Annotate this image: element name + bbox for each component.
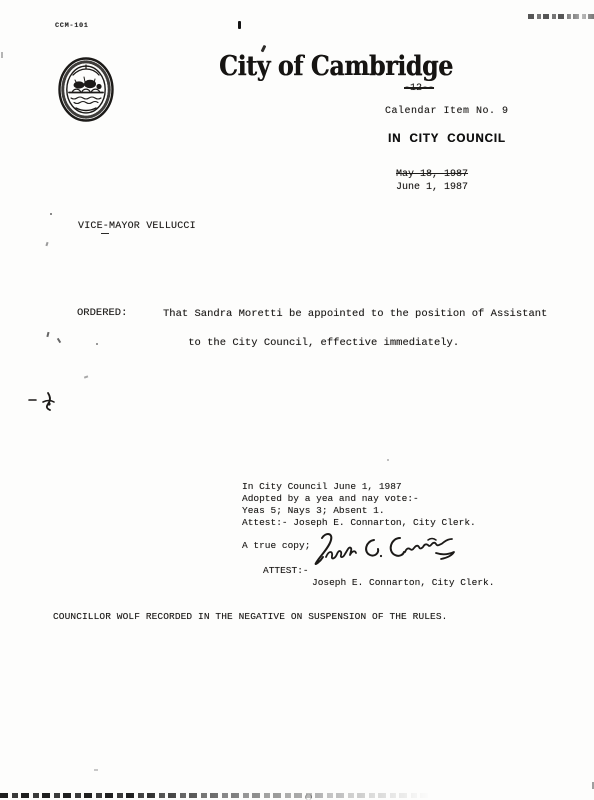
struck-date: May 18, 1987: [396, 169, 468, 180]
scan-mark: [45, 242, 48, 246]
order-text-line2: to the City Council, effective immediate…: [188, 337, 459, 349]
clerk-signature-icon: [308, 529, 460, 570]
scan-mark: [1, 52, 3, 58]
council-heading: IN CITY COUNCIL: [388, 133, 506, 146]
scan-mark: [50, 213, 52, 215]
disposition-line-3: Yeas 5; Nays 3; Absent 1.: [242, 505, 385, 516]
order-text: That Sandra Moretti be appointed to the …: [163, 307, 547, 351]
scan-mark: [84, 375, 88, 378]
clerk-name-line: Joseph E. Connarton, City Clerk.: [312, 577, 494, 588]
disposition-block: In City Council June 1, 1987Adopted by a…: [242, 481, 476, 529]
disposition-line-4: Attest:- Joseph E. Connarton, City Clerk…: [242, 517, 476, 528]
calendar-item-label: Calendar Item No. 9: [385, 106, 509, 117]
scan-smear: [0, 793, 430, 798]
sponsor-line: VICE-MAYOR VELLUCCI: [78, 221, 196, 232]
scan-smear: [528, 14, 594, 19]
scan-mark: [238, 21, 241, 29]
page-number: -12--: [404, 83, 434, 94]
true-copy-label: A true copy;: [242, 540, 310, 551]
handwritten-checkmark-icon: [26, 388, 60, 412]
scan-mark: [101, 233, 109, 234]
document-title: City of Cambridge: [219, 51, 453, 82]
order-label: ORDERED:: [77, 307, 127, 319]
session-date: June 1, 1987: [396, 182, 468, 193]
attest-label: ATTEST:-: [263, 565, 309, 576]
disposition-line-1: In City Council June 1, 1987: [242, 481, 402, 492]
scan-mark: [96, 343, 98, 345]
order-text-line1: That Sandra Moretti be appointed to the …: [163, 308, 547, 320]
scanned-document-page: CCM-101 City of Cambridge -12-- Calendar…: [0, 0, 594, 800]
city-of-cambridge-seal-icon: [57, 56, 115, 123]
scan-mark: [387, 459, 389, 461]
scan-mark: [46, 332, 49, 337]
disposition-line-2: Adopted by a yea and nay vote:-: [242, 493, 419, 504]
scan-mark: [94, 769, 98, 771]
form-number: CCM-101: [55, 22, 89, 29]
scan-mark: [57, 338, 61, 343]
footnote-line: COUNCILLOR WOLF RECORDED IN THE NEGATIVE…: [53, 611, 447, 622]
